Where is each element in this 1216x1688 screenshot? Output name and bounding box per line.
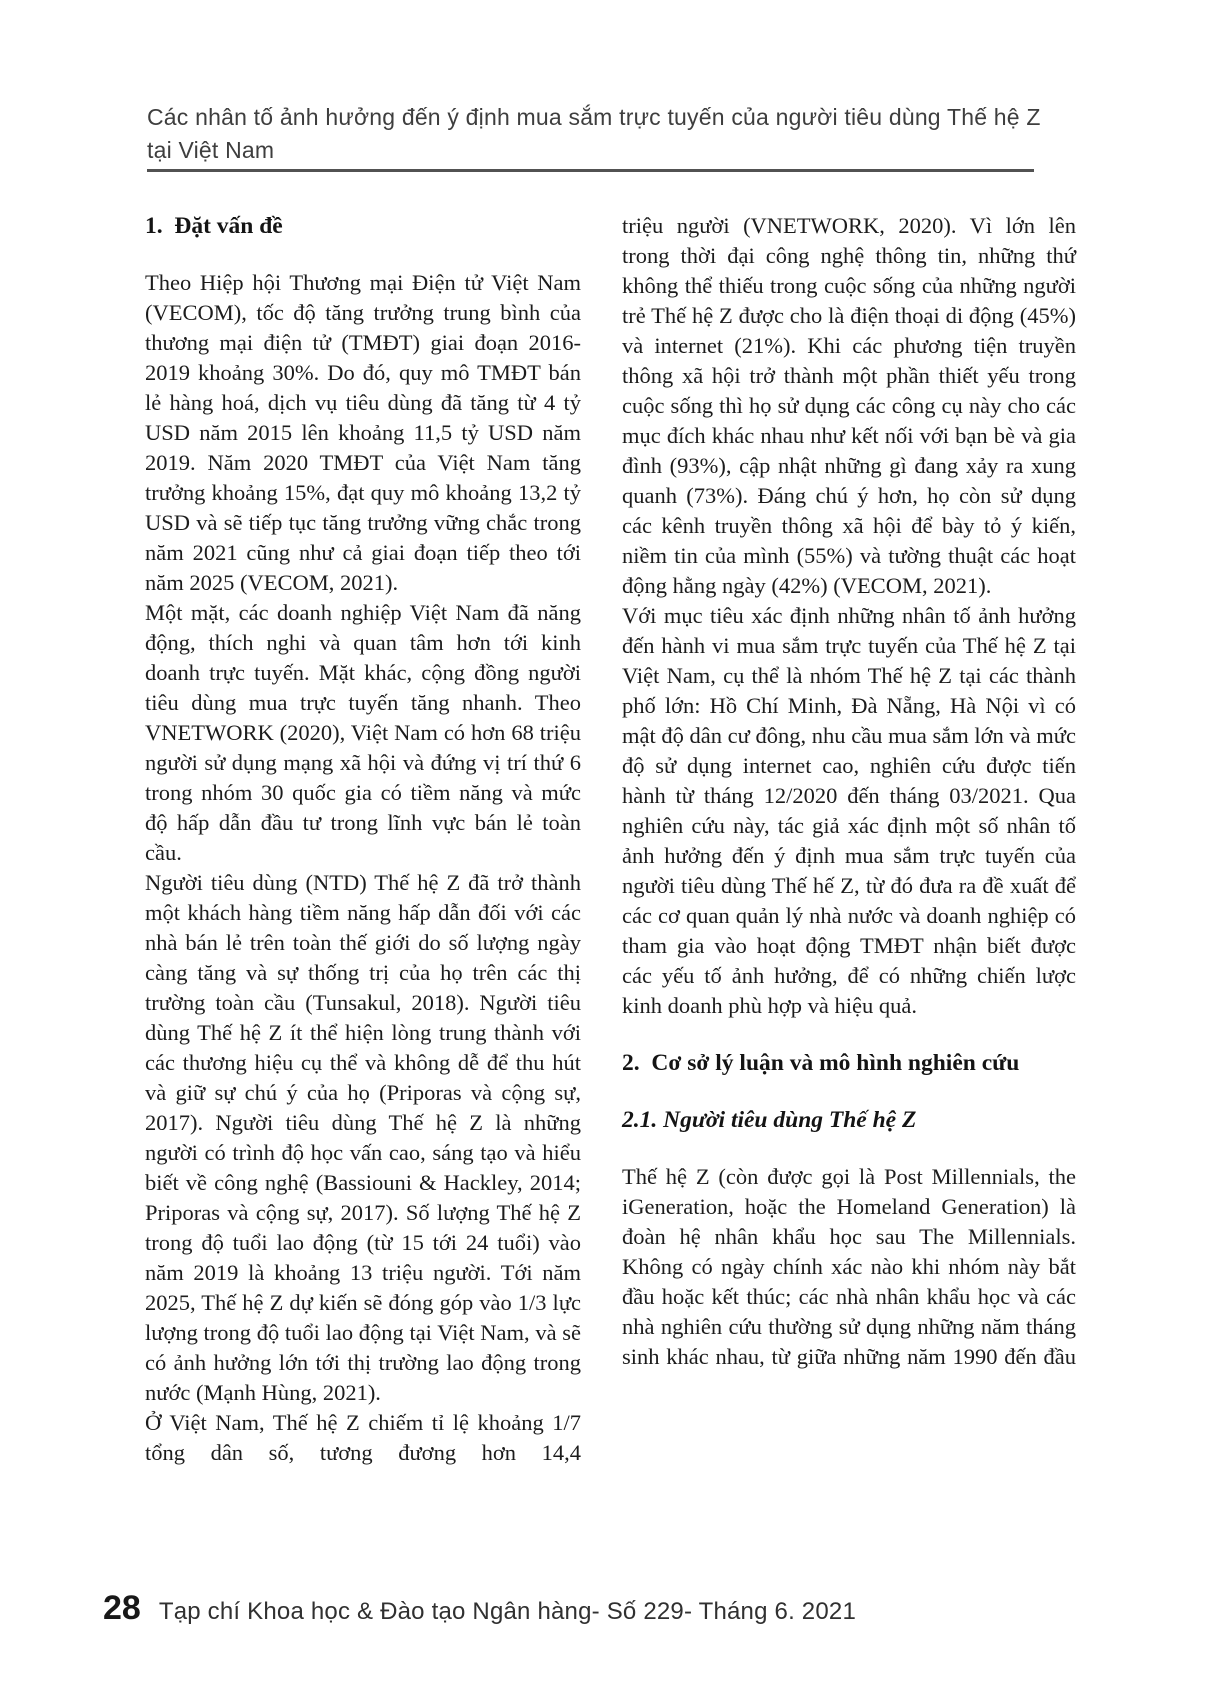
- header-rule: [147, 169, 1034, 172]
- section-heading-1: 1. Đặt vấn đề: [145, 211, 581, 241]
- paragraph: Với mục tiêu xác định những nhân tố ảnh …: [622, 601, 1076, 1021]
- section-heading-2: 2. Cơ sở lý luận và mô hình nghiên cứu: [622, 1048, 1076, 1078]
- paragraph: Theo Hiệp hội Thương mại Điện tử Việt Na…: [145, 268, 581, 598]
- left-column: 1. Đặt vấn đề Theo Hiệp hội Thương mại Đ…: [145, 211, 581, 1468]
- journal-page: Các nhân tố ảnh hưởng đến ý định mua sắm…: [0, 0, 1216, 1688]
- paragraph-continued: Ở Việt Nam, Thế hệ Z chiếm tỉ lệ khoảng …: [145, 1408, 581, 1468]
- content-columns: 1. Đặt vấn đề Theo Hiệp hội Thương mại Đ…: [145, 211, 1076, 1468]
- paragraph: triệu người (VNETWORK, 2020). Vì lớn lên…: [622, 211, 1076, 601]
- paragraph: Một mặt, các doanh nghiệp Việt Nam đã nă…: [145, 598, 581, 868]
- subsection-heading-2-1: 2.1. Người tiêu dùng Thế hệ Z: [622, 1105, 1076, 1135]
- running-header-title: Các nhân tố ảnh hưởng đến ý định mua sắm…: [147, 101, 1041, 167]
- page-footer: 28 Tạp chí Khoa học & Đào tạo Ngân hàng-…: [103, 1589, 856, 1628]
- paragraph-continued: Thế hệ Z (còn được gọi là Post Millennia…: [622, 1162, 1076, 1372]
- journal-info: Tạp chí Khoa học & Đào tạo Ngân hàng- Số…: [159, 1598, 856, 1626]
- paragraph: Người tiêu dùng (NTD) Thế hệ Z đã trở th…: [145, 868, 581, 1408]
- right-column: triệu người (VNETWORK, 2020). Vì lớn lên…: [622, 211, 1076, 1468]
- page-number: 28: [103, 1589, 141, 1628]
